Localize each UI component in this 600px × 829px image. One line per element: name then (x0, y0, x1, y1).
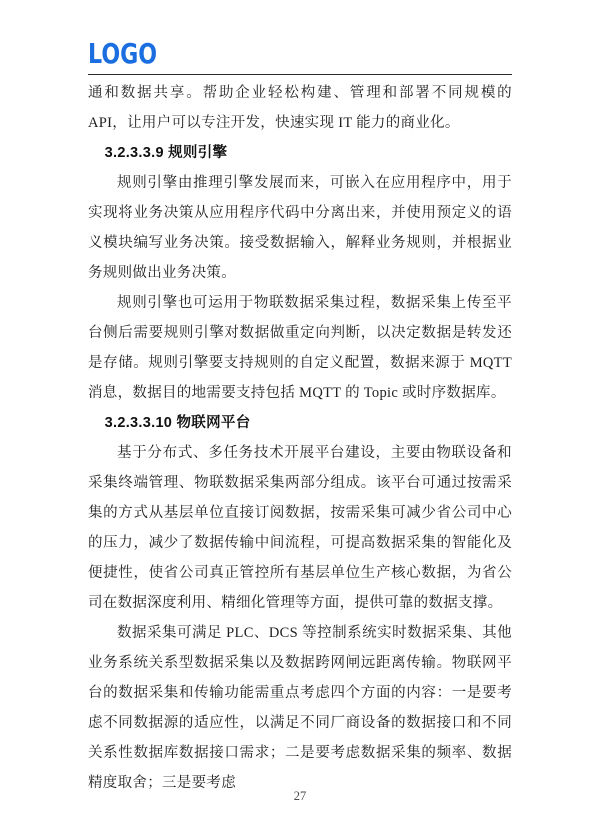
page-number: 27 (0, 789, 600, 804)
section-heading-rules-engine: 3.2.3.3.9 规则引擎 (88, 138, 512, 168)
page-content: LOGO 通和数据共享。帮助企业轻松构建、管理和部署不同规模的 API，让用户可… (88, 0, 512, 798)
section-heading-iot-platform: 3.2.3.3.10 物联网平台 (88, 408, 512, 438)
header-divider (88, 74, 512, 75)
paragraph: 基于分布式、多任务技术开展平台建设，主要由物联设备和采集终端管理、物联数据采集两… (88, 438, 512, 618)
paragraph: 数据采集可满足 PLC、DCS 等控制系统实时数据采集、其他业务系统关系型数据采… (88, 618, 512, 798)
document-page: LOGO 通和数据共享。帮助企业轻松构建、管理和部署不同规模的 API，让用户可… (0, 0, 600, 829)
logo: LOGO (88, 40, 436, 69)
paragraph: 规则引擎也可运用于物联数据采集过程，数据采集上传至平台侧后需要规则引擎对数据做重… (88, 288, 512, 408)
lead-paragraph: 通和数据共享。帮助企业轻松构建、管理和部署不同规模的 API，让用户可以专注开发… (88, 78, 512, 138)
paragraph: 规则引擎由推理引擎发展而来，可嵌入在应用程序中，用于实现将业务决策从应用程序代码… (88, 168, 512, 288)
